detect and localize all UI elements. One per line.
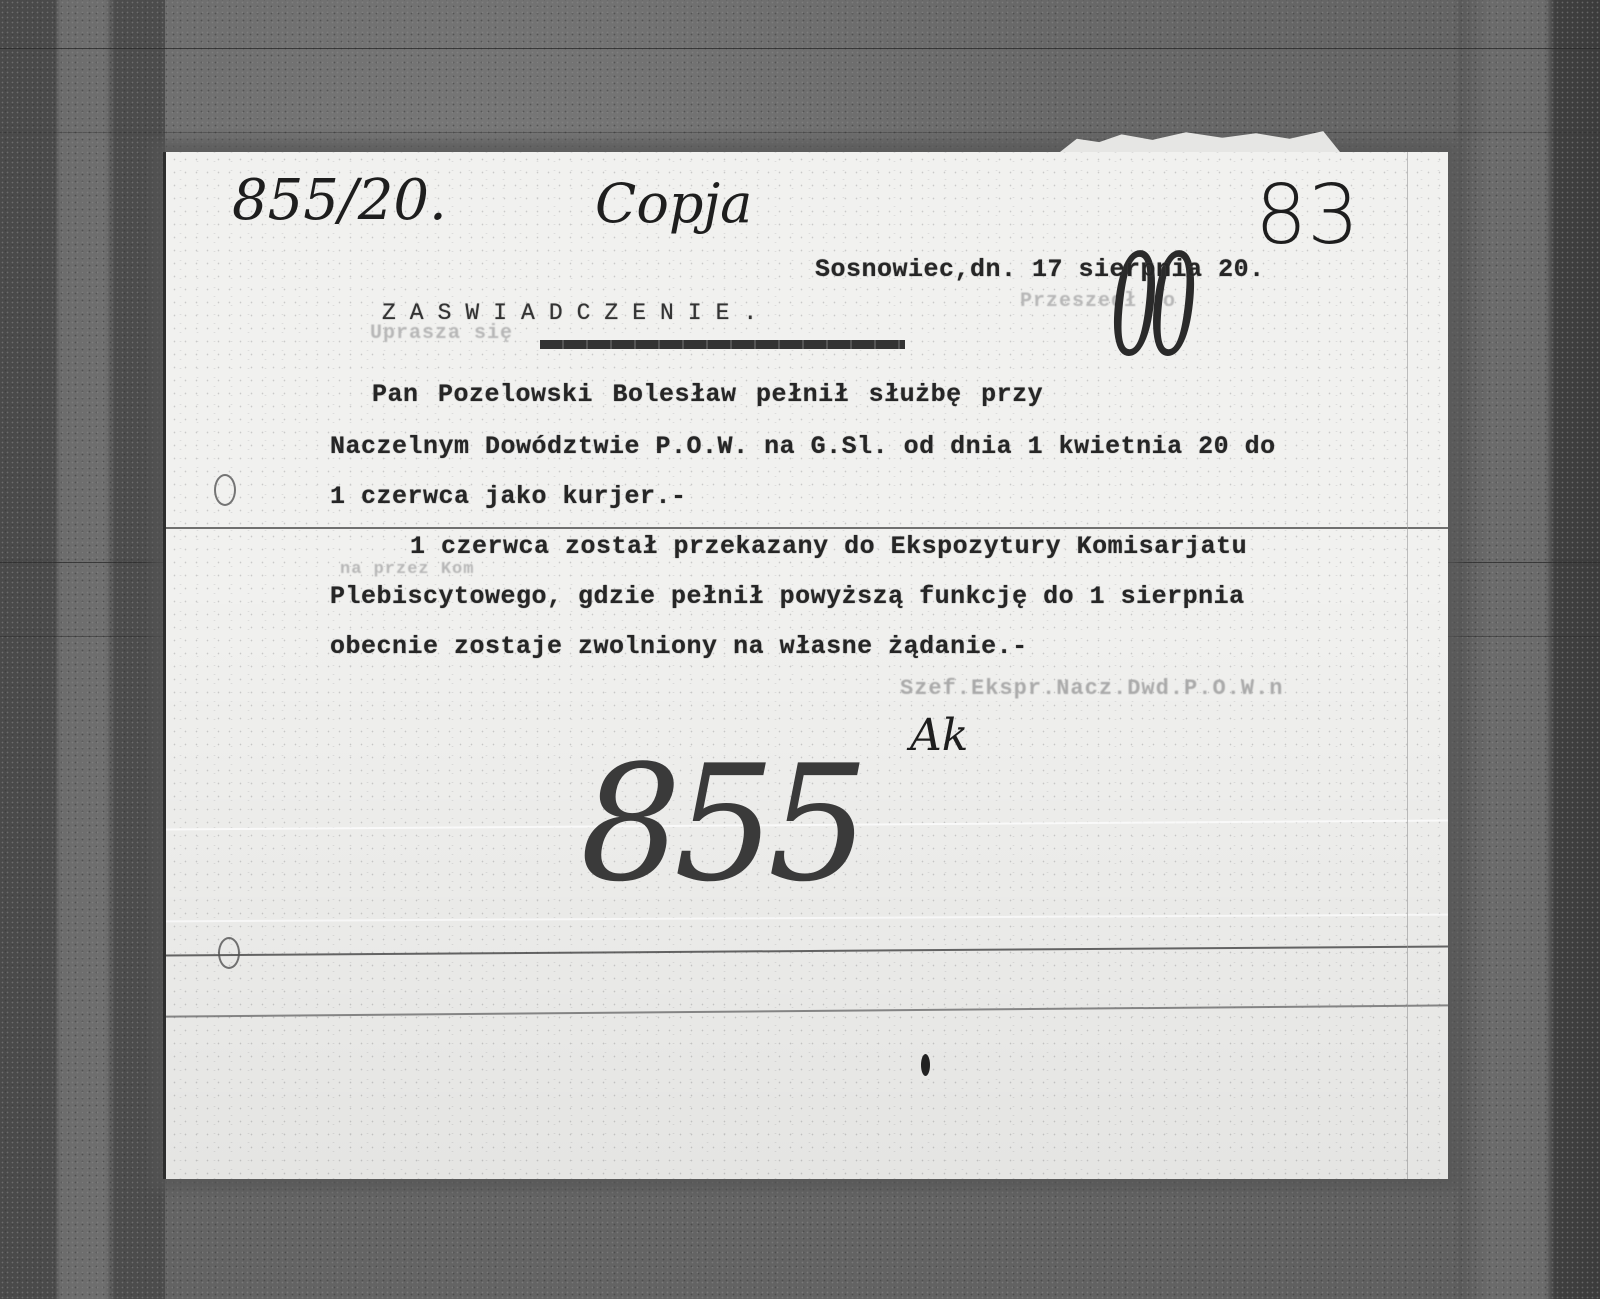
- fold-line: [166, 1004, 1448, 1017]
- place-and-date: Sosnowiec,dn. 17 sierpnia 20.: [815, 255, 1265, 284]
- body-line: Naczelnym Dowództwie P.O.W. na G.Sl. od …: [330, 432, 1276, 461]
- bleed-through-text: na przez Kom: [340, 560, 474, 579]
- fold-line: [163, 527, 1448, 529]
- handwritten-large-mark: 00: [1110, 225, 1188, 388]
- punch-hole: [218, 937, 240, 969]
- scan-line: [0, 48, 1600, 49]
- handwritten-reference-number: 855/20.: [232, 168, 447, 233]
- ink-blot: [921, 1054, 930, 1076]
- scan-line: [0, 132, 1600, 133]
- handwritten-copy-mark: Copja: [595, 172, 752, 235]
- handwritten-folio-number: 83: [1255, 168, 1359, 263]
- title-underline: [540, 340, 905, 349]
- body-line: 1 czerwca jako kurjer.-: [330, 482, 687, 511]
- handwritten-large-number: 855: [580, 730, 861, 917]
- body-line: obecnie zostaje zwolniony na własne żąda…: [330, 632, 1028, 661]
- handwritten-initials: Ak: [910, 710, 968, 761]
- body-line: Plebiscytowego, gdzie pełnił powyższą fu…: [330, 582, 1245, 611]
- punch-hole: [214, 474, 236, 506]
- document-page: [163, 152, 1448, 1179]
- fold-line: [166, 946, 1448, 956]
- paper-edge-strip: [1407, 152, 1408, 1179]
- body-line: Pan Pozelowski Bolesław pełnił służbę pr…: [372, 380, 1043, 409]
- document-title: ZASWIADCZENIE.: [382, 300, 771, 326]
- body-line: 1 czerwca został przekazany do Ekspozytu…: [410, 532, 1247, 561]
- faded-signature-line: Szef.Ekspr.Nacz.Dwd.P.O.W.n: [900, 676, 1283, 701]
